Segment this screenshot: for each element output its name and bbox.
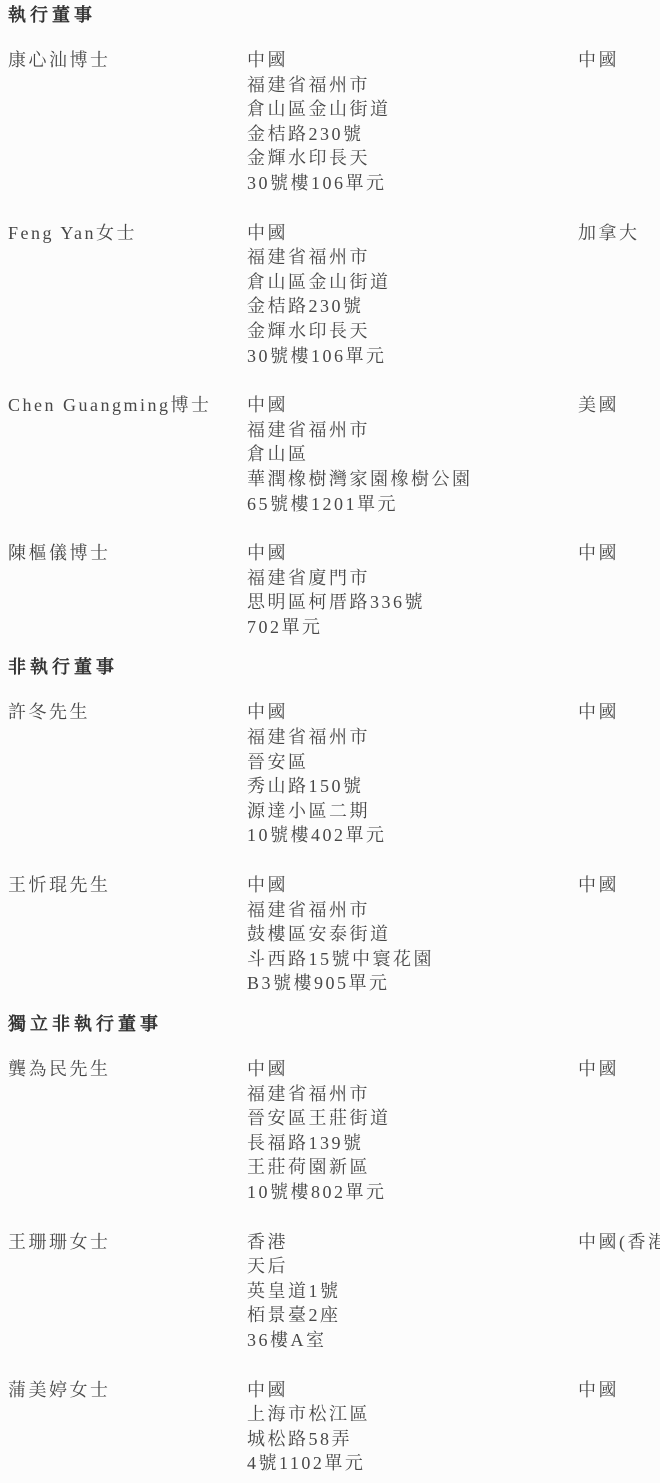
address-line: 思明區柯厝路336號 (247, 590, 578, 615)
director-address: 中國 福建省福州市 倉山區金山街道 金桔路230號 金輝水印長天 30號樓106… (247, 221, 578, 369)
director-section: 非執行董事 許冬先生 中國 福建省福州市 晉安區 秀山路150號 源達小區二期 … (8, 655, 660, 996)
address-line: 栢景臺2座 (247, 1303, 578, 1328)
address-line: 倉山區金山街道 (247, 270, 578, 295)
address-line: 長福路139號 (247, 1131, 578, 1156)
address-line: 福建省廈門市 (247, 566, 578, 591)
address-line: 福建省福州市 (247, 725, 578, 750)
director-nationality: 中國 (578, 873, 660, 996)
director-row: 龔為民先生 中國 福建省福州市 晉安區王莊街道 長福路139號 王莊荷園新區 1… (8, 1057, 660, 1205)
address-line: 中國 (247, 700, 578, 725)
director-nationality: 中國 (578, 700, 660, 848)
director-row: 康心汕博士 中國 福建省福州市 倉山區金山街道 金桔路230號 金輝水印長天 3… (8, 48, 660, 196)
director-address: 香港 天后 英皇道1號 栢景臺2座 36樓A室 (247, 1230, 578, 1353)
director-name: Chen Guangming博士 (8, 393, 247, 516)
directors-document: 執行董事 康心汕博士 中國 福建省福州市 倉山區金山街道 金桔路230號 金輝水… (0, 0, 660, 1476)
section-rows: 許冬先生 中國 福建省福州市 晉安區 秀山路150號 源達小區二期 10號樓40… (8, 700, 660, 996)
address-line: 中國 (247, 541, 578, 566)
director-name: 康心汕博士 (8, 48, 247, 196)
address-line: 源達小區二期 (247, 799, 578, 824)
address-line: 福建省福州市 (247, 898, 578, 923)
director-section: 獨立非執行董事 龔為民先生 中國 福建省福州市 晉安區王莊街道 長福路139號 … (8, 1012, 660, 1476)
director-address: 中國 福建省福州市 倉山區金山街道 金桔路230號 金輝水印長天 30號樓106… (247, 48, 578, 196)
director-row: 陳樞儀博士 中國 福建省廈門市 思明區柯厝路336號 702單元 中國 (8, 541, 660, 639)
director-name: 王忻琨先生 (8, 873, 247, 996)
section-rows: 龔為民先生 中國 福建省福州市 晉安區王莊街道 長福路139號 王莊荷園新區 1… (8, 1057, 660, 1476)
director-section: 執行董事 康心汕博士 中國 福建省福州市 倉山區金山街道 金桔路230號 金輝水… (8, 3, 660, 639)
address-line: 中國 (247, 1057, 578, 1082)
director-address: 中國 福建省福州市 倉山區 華潤橡樹灣家園橡樹公園 65號樓1201單元 (247, 393, 578, 516)
director-row: 蒲美婷女士 中國 上海市松江區 城松路58弄 4號1102單元 中國 (8, 1378, 660, 1476)
address-line: 晉安區 (247, 750, 578, 775)
address-line: 福建省福州市 (247, 245, 578, 270)
director-row: 王忻琨先生 中國 福建省福州市 鼓樓區安泰街道 斗西路15號中寰花園 B3號樓9… (8, 873, 660, 996)
director-name: 陳樞儀博士 (8, 541, 247, 639)
director-row: 王珊珊女士 香港 天后 英皇道1號 栢景臺2座 36樓A室 中國(香港) (8, 1230, 660, 1353)
address-line: 福建省福州市 (247, 73, 578, 98)
director-address: 中國 福建省廈門市 思明區柯厝路336號 702單元 (247, 541, 578, 639)
director-nationality: 中國(香港) (578, 1230, 660, 1353)
address-line: 中國 (247, 393, 578, 418)
address-line: 上海市松江區 (247, 1402, 578, 1427)
director-nationality: 中國 (578, 48, 660, 196)
address-line: 金桔路230號 (247, 122, 578, 147)
address-line: 702單元 (247, 615, 578, 640)
address-line: 中國 (247, 873, 578, 898)
section-title: 執行董事 (8, 3, 660, 28)
director-nationality: 中國 (578, 1057, 660, 1205)
address-line: 30號樓106單元 (247, 171, 578, 196)
address-line: 福建省福州市 (247, 1082, 578, 1107)
address-line: 鼓樓區安泰街道 (247, 922, 578, 947)
address-line: 4號1102單元 (247, 1451, 578, 1476)
address-line: 30號樓106單元 (247, 344, 578, 369)
director-address: 中國 福建省福州市 鼓樓區安泰街道 斗西路15號中寰花園 B3號樓905單元 (247, 873, 578, 996)
address-line: 65號樓1201單元 (247, 492, 578, 517)
section-rows: 康心汕博士 中國 福建省福州市 倉山區金山街道 金桔路230號 金輝水印長天 3… (8, 48, 660, 639)
director-name: 許冬先生 (8, 700, 247, 848)
address-line: 天后 (247, 1254, 578, 1279)
director-address: 中國 上海市松江區 城松路58弄 4號1102單元 (247, 1378, 578, 1476)
address-line: 10號樓402單元 (247, 823, 578, 848)
address-line: B3號樓905單元 (247, 971, 578, 996)
director-nationality: 加拿大 (578, 221, 660, 369)
address-line: 倉山區金山街道 (247, 97, 578, 122)
address-line: 城松路58弄 (247, 1427, 578, 1452)
director-row: Chen Guangming博士 中國 福建省福州市 倉山區 華潤橡樹灣家園橡樹… (8, 393, 660, 516)
address-line: 36樓A室 (247, 1328, 578, 1353)
director-name: Feng Yan女士 (8, 221, 247, 369)
address-line: 英皇道1號 (247, 1279, 578, 1304)
address-line: 倉山區 (247, 442, 578, 467)
address-line: 金輝水印長天 (247, 319, 578, 344)
address-line: 福建省福州市 (247, 418, 578, 443)
address-line: 中國 (247, 48, 578, 73)
address-line: 秀山路150號 (247, 774, 578, 799)
address-line: 金桔路230號 (247, 294, 578, 319)
section-title: 獨立非執行董事 (8, 1012, 660, 1037)
address-line: 中國 (247, 1378, 578, 1403)
address-line: 華潤橡樹灣家園橡樹公園 (247, 467, 578, 492)
director-address: 中國 福建省福州市 晉安區 秀山路150號 源達小區二期 10號樓402單元 (247, 700, 578, 848)
address-line: 斗西路15號中寰花園 (247, 947, 578, 972)
director-row: 許冬先生 中國 福建省福州市 晉安區 秀山路150號 源達小區二期 10號樓40… (8, 700, 660, 848)
address-line: 中國 (247, 221, 578, 246)
address-line: 王莊荷園新區 (247, 1155, 578, 1180)
section-title: 非執行董事 (8, 655, 660, 680)
address-line: 10號樓802單元 (247, 1180, 578, 1205)
director-nationality: 中國 (578, 1378, 660, 1476)
address-line: 金輝水印長天 (247, 146, 578, 171)
director-address: 中國 福建省福州市 晉安區王莊街道 長福路139號 王莊荷園新區 10號樓802… (247, 1057, 578, 1205)
director-nationality: 美國 (578, 393, 660, 516)
director-nationality: 中國 (578, 541, 660, 639)
director-name: 王珊珊女士 (8, 1230, 247, 1353)
director-row: Feng Yan女士 中國 福建省福州市 倉山區金山街道 金桔路230號 金輝水… (8, 221, 660, 369)
director-name: 蒲美婷女士 (8, 1378, 247, 1476)
address-line: 晉安區王莊街道 (247, 1106, 578, 1131)
director-name: 龔為民先生 (8, 1057, 247, 1205)
address-line: 香港 (247, 1230, 578, 1255)
